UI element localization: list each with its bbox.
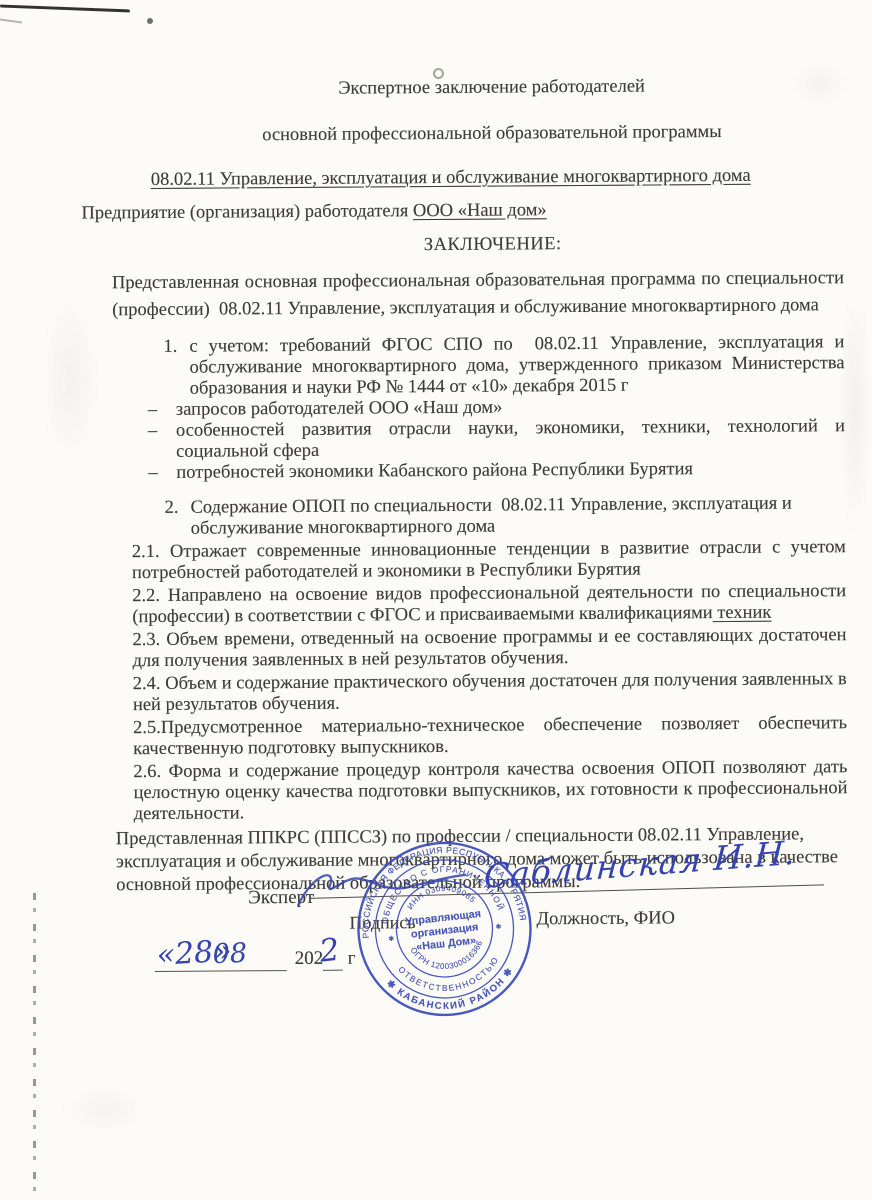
numbered-item-1: 1. с учетом: требований ФГОС СПО по 08.0…: [163, 332, 844, 400]
stamp-star-left: ✱: [388, 935, 395, 944]
employer-label: Предприятие (организация) работодателя: [81, 201, 413, 223]
paragraph-2-4: 2.4. Объем и содержание практического об…: [133, 669, 847, 716]
date-year-digit-handwritten: 2: [318, 932, 342, 970]
employer-line: Предприятие (организация) работодателя О…: [81, 196, 843, 225]
date-underline: [155, 970, 287, 972]
paragraph-2-5: 2.5.Предусмотренное материально-техничес…: [133, 713, 847, 760]
document-title-line3: 08.02.11 Управление, эксплуатация и обсл…: [58, 163, 843, 192]
date-year-underline: [323, 970, 343, 971]
paragraph-2-2: 2.2. Направлено на освоение видов профес…: [132, 581, 846, 628]
dash-item: – потребностей экономики Кабанского райо…: [146, 458, 845, 484]
svg-text:ИНН 0309409085: ИНН 0309409085: [404, 880, 478, 912]
intro-paragraph: Представленная основная профессиональная…: [112, 265, 844, 324]
item-1-marker: 1.: [163, 337, 189, 400]
item-2-text: Содержание ОПОП по специальности 08.02.1…: [190, 493, 845, 540]
paragraph-2-1: 2.1. Отражает современные инновационные …: [132, 537, 846, 584]
item-2-marker: 2.: [164, 498, 190, 540]
organization-stamp: РОССИЙСКАЯ ФЕДЕРАЦИЯ РЕСПУБЛИКА БУРЯТИЯ …: [345, 829, 544, 1028]
qualification-value: техник: [713, 603, 772, 623]
stamp-inn-text: ИНН 0309409085: [404, 880, 478, 912]
conclusion-heading: ЗАКЛЮЧЕНИЕ:: [87, 230, 844, 259]
stamp-star-right: ✱: [495, 923, 502, 932]
paragraph-2-6: 2.6. Форма и содержание процедур контрол…: [133, 757, 847, 825]
dash-glyph: –: [146, 421, 176, 463]
dash-item-text: потребностей экономики Кабанского района…: [176, 458, 845, 484]
item-1-text: с учетом: требований ФГОС СПО по 08.02.1…: [189, 332, 844, 400]
document-title-line1: Экспертное заключение работодателей: [86, 73, 843, 102]
date-month-handwritten: 08: [212, 938, 248, 970]
scanned-document-page: Экспертное заключение работодателей осно…: [0, 0, 872, 1200]
employer-value: ООО «Наш дом»: [413, 200, 547, 221]
dash-item-text: особенностей развития отрасли науки, эко…: [176, 416, 845, 463]
document-content: Экспертное заключение работодателей осно…: [0, 0, 872, 1200]
dash-item: – особенностей развития отрасли науки, э…: [146, 416, 845, 463]
dash-glyph: –: [146, 400, 176, 421]
position-name-caption: Должность, ФИО: [536, 908, 675, 930]
dash-glyph: –: [146, 463, 176, 484]
paragraph-2-3: 2.3. Объем времени, отведенный на освоен…: [132, 625, 846, 672]
date-year-suffix: г: [348, 949, 356, 970]
document-title-line2: основной профессиональной образовательно…: [86, 119, 843, 148]
numbered-item-2: 2. Содержание ОПОП по специальности 08.0…: [164, 493, 845, 540]
stamp-text: РОССИЙСКАЯ ФЕДЕРАЦИЯ РЕСПУБЛИКА БУРЯТИЯ …: [352, 836, 538, 1021]
